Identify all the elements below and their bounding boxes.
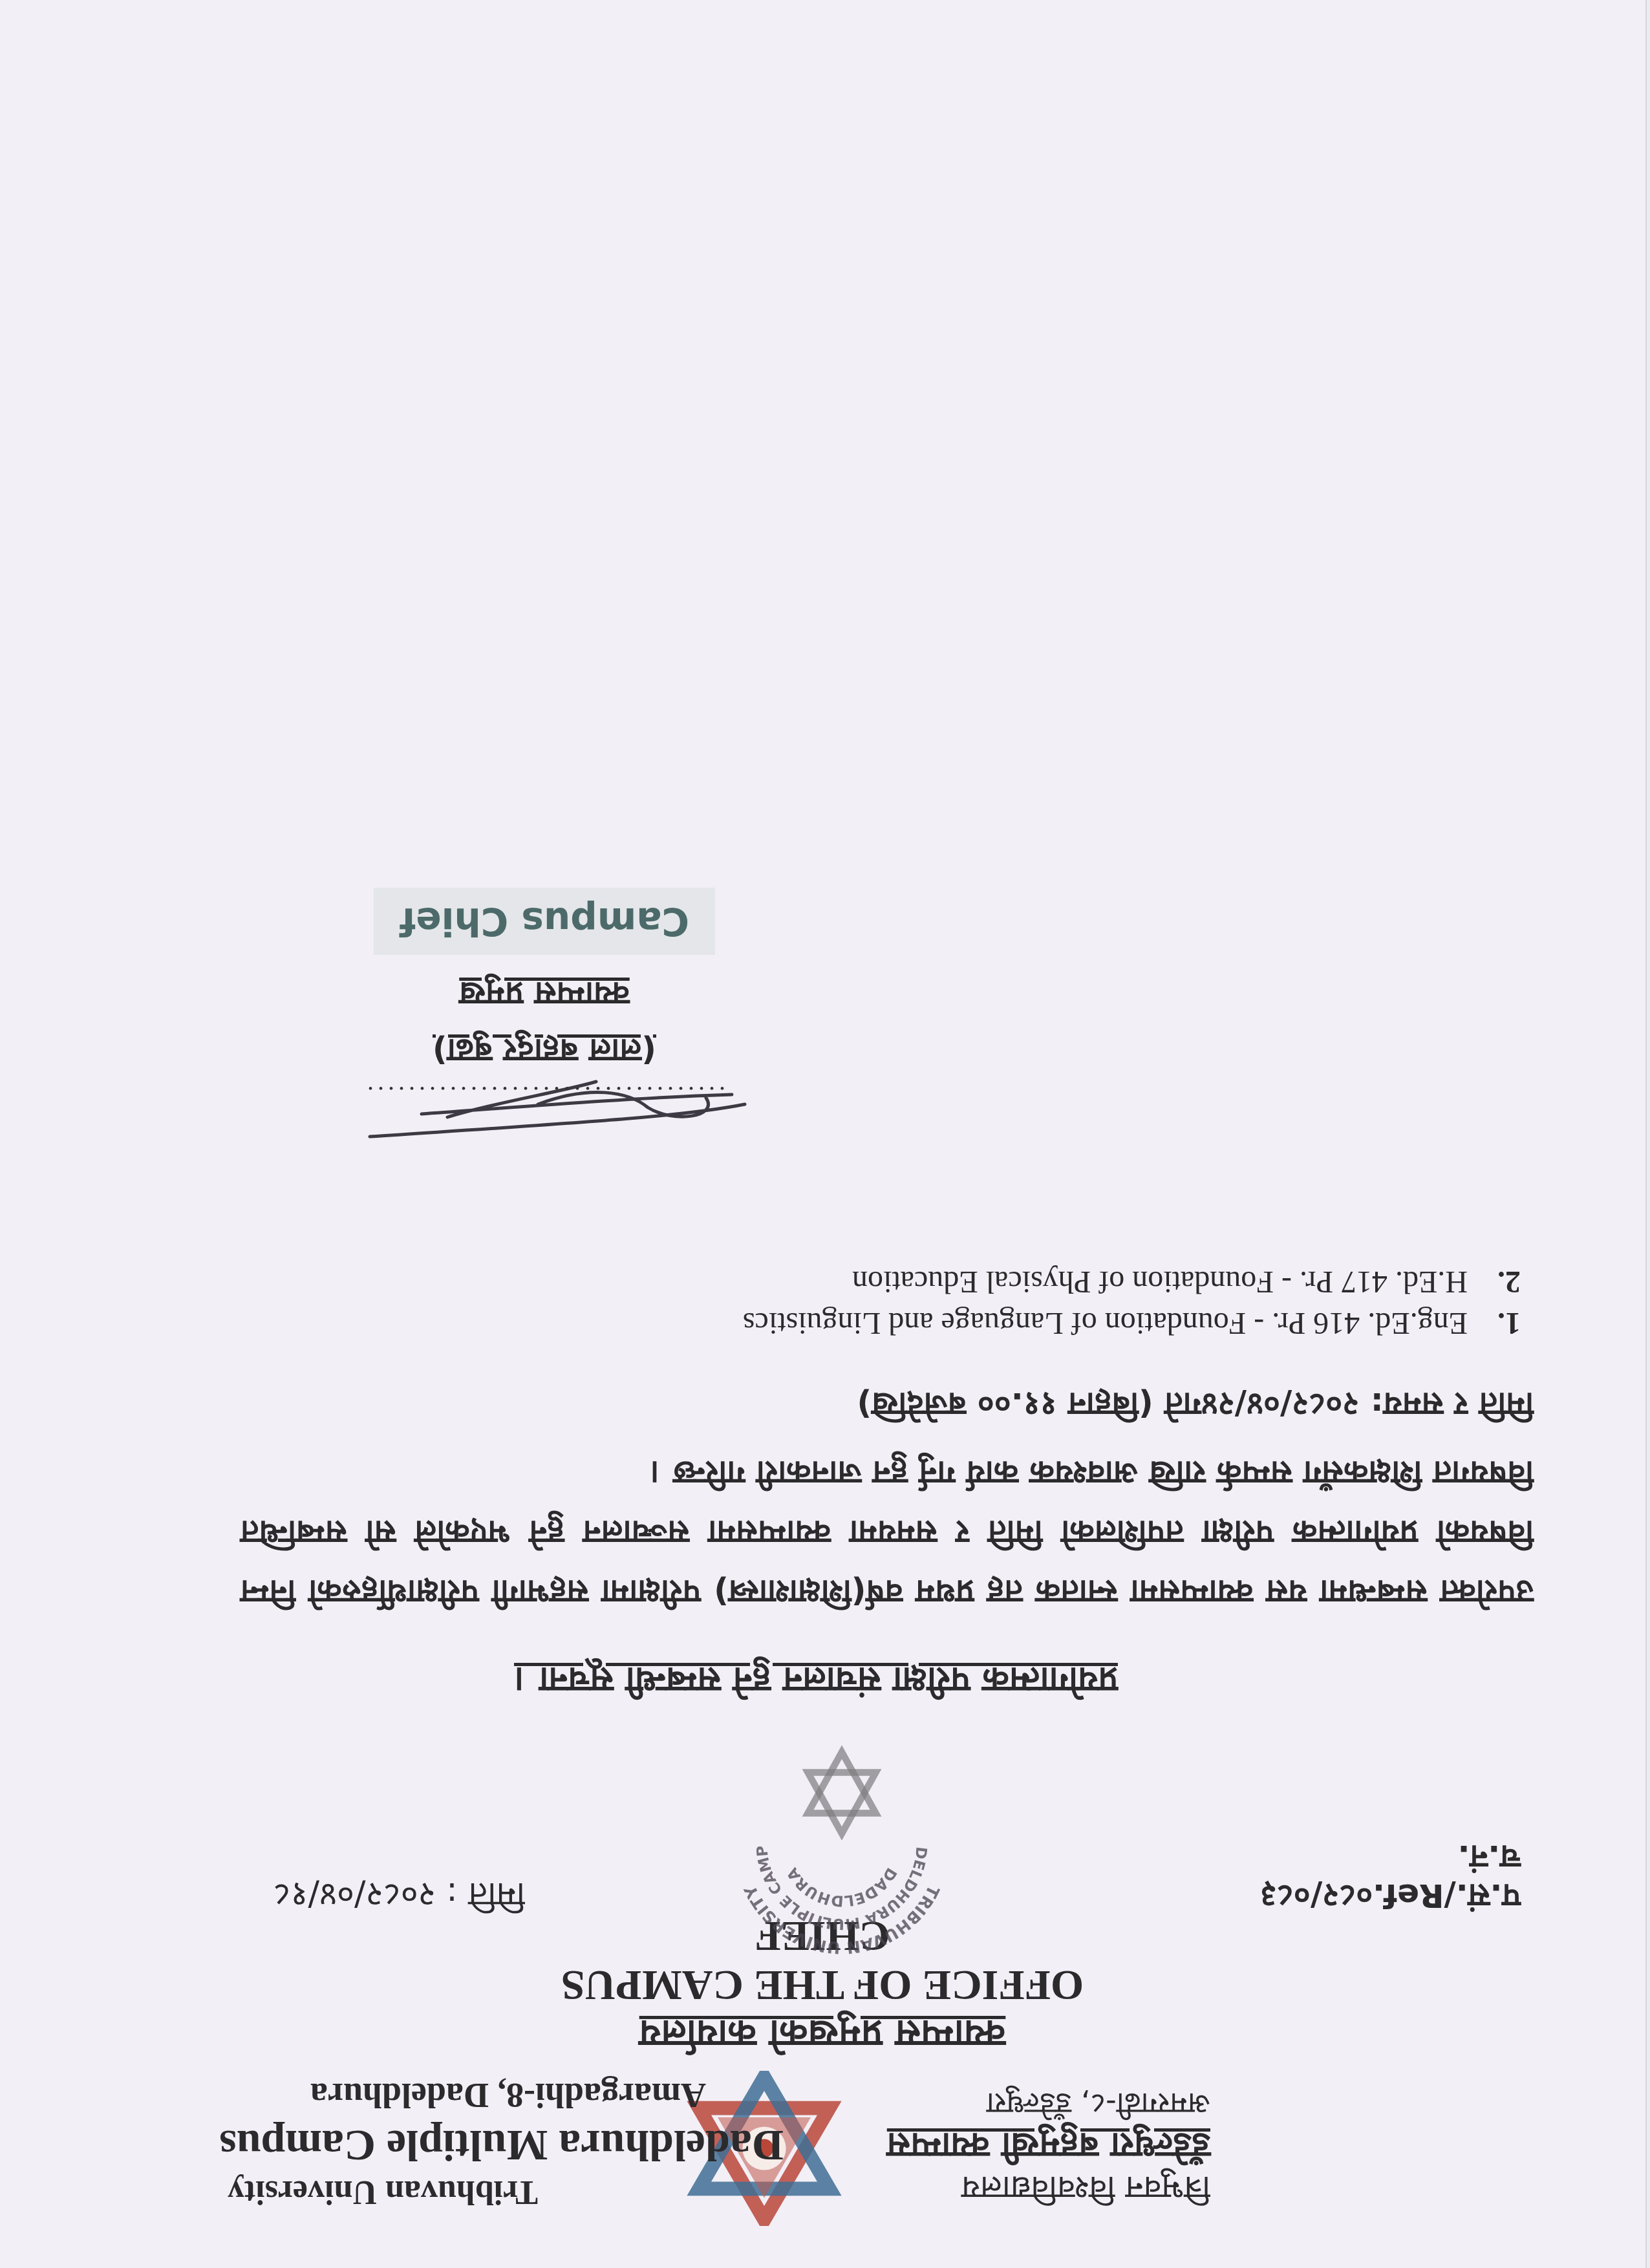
reference-number: प.सं./Ref.०८२/०८३ xyxy=(1260,1875,1521,1919)
campus-chief-stamp: Campus Chief xyxy=(374,888,715,955)
dispatch-number: च.नं. xyxy=(1458,1836,1521,1880)
signature-dotted-line: ................................... xyxy=(363,1080,725,1111)
signatory-name: (लाल बहादुर बुढा) xyxy=(363,1030,725,1074)
office-title-nepali: क्याम्पस प्रमुखको कार्यालय xyxy=(564,2010,1081,2061)
subject-text: Eng.Ed. 416 Pr. - Foundation of Language… xyxy=(743,1306,1468,1340)
subject-number: 2. xyxy=(1475,1261,1521,1302)
letterhead-address-nepali: अमरगढी-८, डँडेल्धुरा xyxy=(987,2084,1210,2124)
letterhead-university-english: Tribhuvan University xyxy=(228,2173,538,2211)
notice-document: त्रिभुवन विश्वविद्यालय डँडेल्धुरा बहुमुख… xyxy=(0,0,1650,2268)
notice-title: प्रयोगात्मक परीक्षा संचालन हुने सम्बन्धी… xyxy=(460,1658,1172,1706)
signature-block: ................................... (लाल… xyxy=(363,888,725,1111)
letterhead-campus-nepali: डँडेल्धुरा बहुमुखी क्याम्पस xyxy=(887,2123,1210,2171)
subject-text: H.Ed. 417 Pr. - Foundation of Physical E… xyxy=(852,1265,1468,1299)
letterhead-campus-english: Dadeldhura Multiple Campus xyxy=(219,2120,784,2171)
notice-date: मिति : २०८२/०४/१८ xyxy=(273,1873,525,1919)
campus-round-stamp-icon: TRIBHUVAN UNIVERSITY DADELDHURA MULTIPLE… xyxy=(706,1725,978,1996)
subject-item: 2. H.Ed. 417 Pr. - Foundation of Physica… xyxy=(743,1261,1521,1302)
notice-body: उपरोक्त सम्बन्धमा यस क्याम्पसमा स्नातक त… xyxy=(241,1443,1534,1621)
subject-item: 1. Eng.Ed. 416 Pr. - Foundation of Langu… xyxy=(743,1302,1521,1343)
subject-list: 1. Eng.Ed. 416 Pr. - Foundation of Langu… xyxy=(743,1261,1521,1343)
subject-number: 1. xyxy=(1475,1302,1521,1343)
letterhead-university-nepali: त्रिभुवन विश्वविद्यालय xyxy=(961,2167,1210,2211)
signatory-title: क्याम्पस प्रमुख xyxy=(363,973,725,1017)
letterhead-address-english: Amargadhi-8, Dadeldhura xyxy=(310,2075,706,2115)
exam-schedule: मिति र समय: २०८२/०४/२४गते (बिहान ११.०० ब… xyxy=(857,1384,1534,1428)
